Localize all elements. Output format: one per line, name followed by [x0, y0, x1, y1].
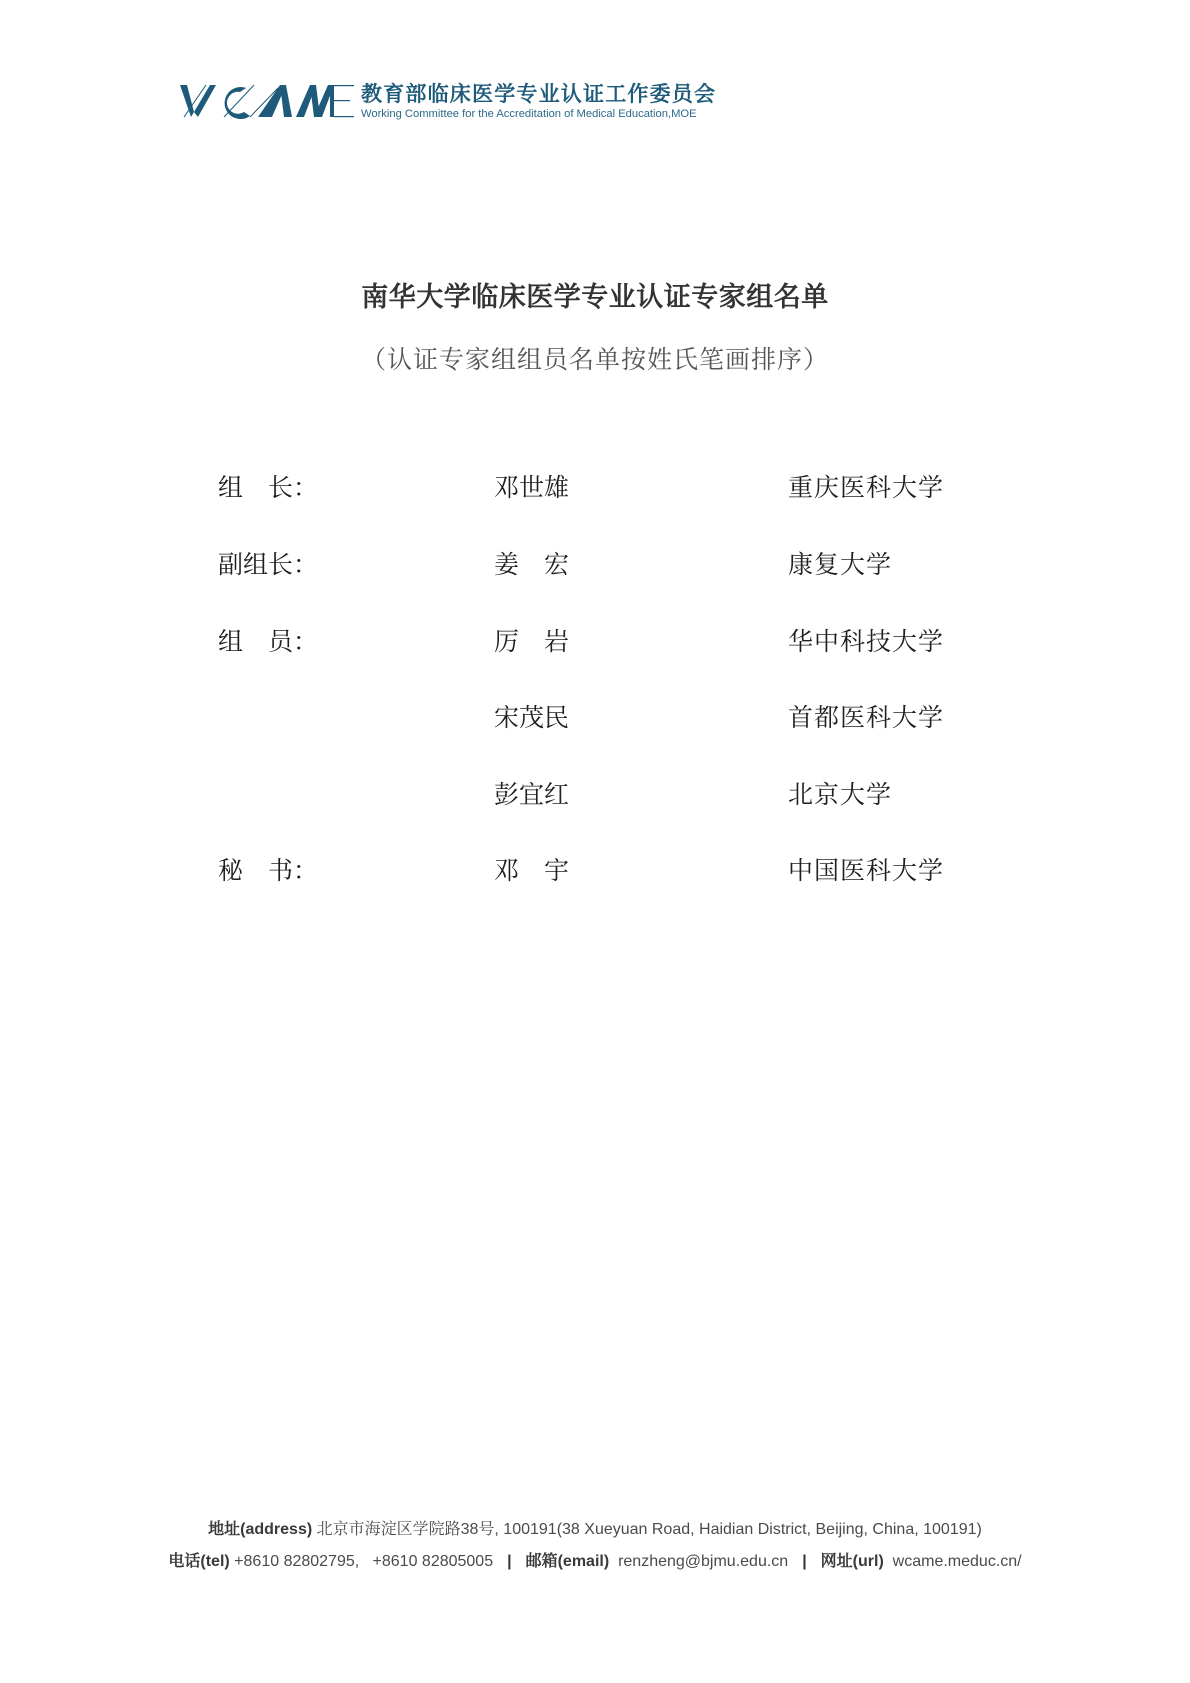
separator: |: [802, 1551, 806, 1573]
org-name-en: Working Committee for the Accreditation …: [361, 108, 716, 121]
roster-role: 副组长：: [218, 547, 318, 583]
address-label: 地址(address): [208, 1521, 312, 1538]
url-label: 网址(url): [821, 1553, 884, 1570]
roster-role: 组 长：: [218, 470, 318, 506]
roster-institution: 华中科技大学: [788, 624, 944, 660]
footer-address: 地址(address) 北京市海淀区学院路38号, 100191(38 Xuey…: [0, 1519, 1190, 1541]
letterhead: 教育部临床医学专业认证工作委员会 Working Committee for t…: [180, 82, 716, 122]
roster-row: 组 员： 厉 岩 华中科技大学: [0, 624, 1190, 660]
address-value: 北京市海淀区学院路38号, 100191(38 Xueyuan Road, Ha…: [312, 1521, 982, 1538]
org-name-block: 教育部临床医学专业认证工作委员会 Working Committee for t…: [361, 82, 716, 121]
roster-institution: 北京大学: [788, 777, 892, 813]
roster-name: 厉 岩: [494, 624, 569, 660]
email-label: 邮箱(email): [526, 1553, 610, 1570]
org-name-cn: 教育部临床医学专业认证工作委员会: [361, 82, 716, 106]
footer-contact: 电话(tel) +8610 82802795, +8610 82805005|邮…: [0, 1551, 1190, 1573]
roster-name: 邓世雄: [494, 470, 569, 506]
roster-name: 邓 宇: [494, 853, 569, 889]
roster-institution: 重庆医科大学: [788, 470, 944, 506]
email-value[interactable]: renzheng@bjmu.edu.cn: [609, 1553, 788, 1570]
roster-name: 姜 宏: [494, 547, 569, 583]
roster-institution: 中国医科大学: [788, 853, 944, 889]
roster-row: 组 长： 邓世雄 重庆医科大学: [0, 470, 1190, 506]
roster-row: 彭宜红 北京大学: [0, 777, 1190, 813]
tel-value: +8610 82802795, +8610 82805005: [230, 1553, 493, 1570]
roster-institution: 首都医科大学: [788, 700, 944, 736]
roster-institution: 康复大学: [788, 547, 892, 583]
tel-label: 电话(tel): [168, 1553, 229, 1570]
wcame-logo-icon: [180, 82, 355, 120]
separator: |: [507, 1551, 511, 1573]
roster-row: 副组长： 姜 宏 康复大学: [0, 547, 1190, 583]
roster-role: 秘 书：: [218, 853, 318, 889]
roster-row: 秘 书： 邓 宇 中国医科大学: [0, 853, 1190, 889]
roster-role: 组 员：: [218, 624, 318, 660]
roster-row: 宋茂民 首都医科大学: [0, 700, 1190, 736]
url-value[interactable]: wcame.meduc.cn/: [884, 1553, 1022, 1570]
roster-name: 宋茂民: [494, 700, 569, 736]
document-subtitle: （认证专家组组员名单按姓氏笔画排序）: [0, 343, 1190, 377]
roster-name: 彭宜红: [494, 777, 569, 813]
document-title: 南华大学临床医学专业认证专家组名单: [0, 280, 1190, 316]
